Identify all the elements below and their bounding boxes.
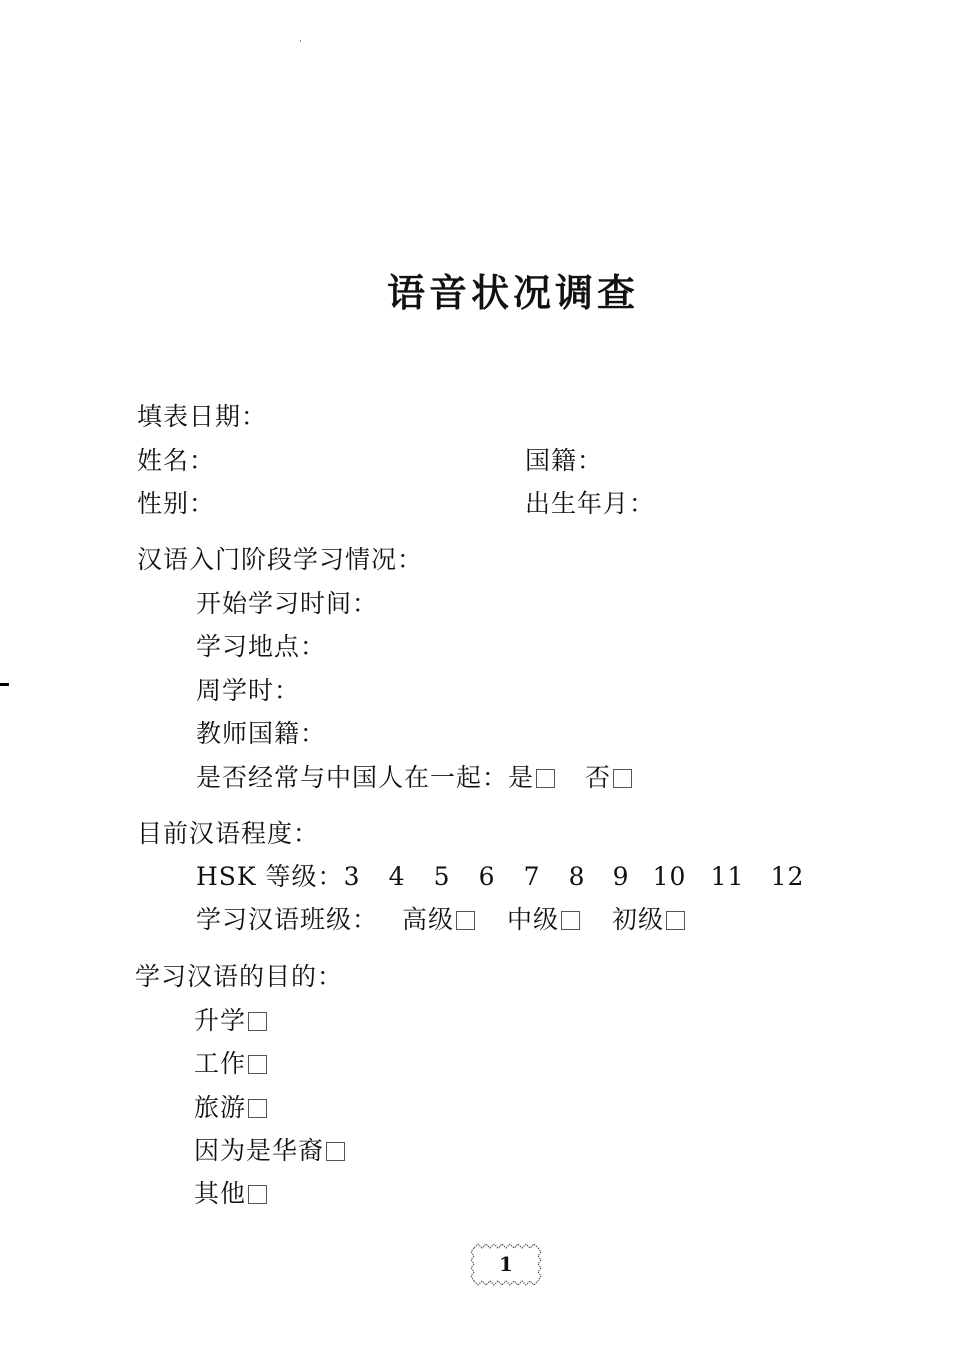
- purpose-option-heritage[interactable]: 因为是华裔: [194, 1136, 345, 1166]
- fill-date-label: 填表日期：: [137, 402, 267, 431]
- checkbox-advanced[interactable]: [456, 911, 475, 930]
- name-label: 姓名：: [137, 446, 215, 475]
- birth-date-field[interactable]: 出生年月：: [525, 489, 655, 519]
- teacher-nationality-label: 教师国籍：: [196, 719, 326, 748]
- purpose-other-label: 其他: [194, 1179, 246, 1208]
- option-intermediate-label: 中级: [507, 905, 559, 934]
- hsk-level-8[interactable]: 8: [569, 862, 613, 892]
- option-beginner-label: 初级: [612, 905, 664, 934]
- purpose-option-other[interactable]: 其他: [194, 1179, 267, 1209]
- scan-edge-mark: [0, 683, 9, 686]
- gender-label: 性别：: [137, 489, 215, 518]
- study-place-field[interactable]: 学习地点：: [196, 632, 326, 662]
- hsk-level-11[interactable]: 11: [711, 862, 771, 892]
- option-yes-label: 是: [508, 763, 534, 792]
- page-title: 语音状况调查: [0, 262, 960, 317]
- hsk-level-10[interactable]: 10: [653, 862, 711, 892]
- start-time-label: 开始学习时间：: [196, 589, 378, 618]
- purpose-work-label: 工作: [194, 1049, 246, 1078]
- option-beginner[interactable]: 初级: [612, 905, 685, 934]
- hsk-level-7[interactable]: 7: [524, 862, 569, 892]
- teacher-nationality-field[interactable]: 教师国籍：: [196, 719, 326, 749]
- option-no-label: 否: [585, 763, 611, 792]
- class-level-row: 学习汉语班级：高级中级初级: [196, 905, 685, 935]
- option-advanced[interactable]: 高级: [402, 905, 475, 934]
- page-number-frame: 1: [470, 1242, 542, 1287]
- current-level-heading: 目前汉语程度：: [137, 819, 319, 849]
- nationality-field[interactable]: 国籍：: [525, 446, 603, 476]
- purpose-heading: 学习汉语的目的：: [135, 962, 343, 992]
- purpose-option-further-study[interactable]: 升学: [194, 1006, 267, 1036]
- study-place-label: 学习地点：: [196, 632, 326, 661]
- purpose-further-study-label: 升学: [194, 1006, 246, 1035]
- hsk-level-4[interactable]: 4: [389, 862, 434, 892]
- purpose-option-travel[interactable]: 旅游: [194, 1093, 267, 1123]
- fill-date-field[interactable]: 填表日期：: [137, 402, 267, 432]
- hsk-level-row: HSK 等级：3456789101112: [196, 862, 804, 892]
- hsk-level-5[interactable]: 5: [434, 862, 479, 892]
- scan-speck: [300, 40, 301, 42]
- option-no[interactable]: 否: [585, 763, 632, 792]
- purpose-heritage-label: 因为是华裔: [194, 1136, 324, 1165]
- checkbox-heritage[interactable]: [326, 1142, 345, 1161]
- option-advanced-label: 高级: [402, 905, 454, 934]
- option-yes[interactable]: 是: [508, 763, 555, 792]
- checkbox-work[interactable]: [248, 1055, 267, 1074]
- purpose-option-work[interactable]: 工作: [194, 1049, 267, 1079]
- checkbox-other[interactable]: [248, 1185, 267, 1204]
- with-chinese-label: 是否经常与中国人在一起：: [196, 763, 508, 792]
- hsk-level-3[interactable]: 3: [344, 862, 389, 892]
- checkbox-travel[interactable]: [248, 1099, 267, 1118]
- with-chinese-question: 是否经常与中国人在一起：是否: [196, 763, 632, 793]
- class-label: 学习汉语班级：: [196, 905, 378, 934]
- hsk-level-9[interactable]: 9: [613, 862, 653, 892]
- name-field[interactable]: 姓名：: [137, 446, 215, 476]
- gender-field[interactable]: 性别：: [137, 489, 215, 519]
- nationality-label: 国籍：: [525, 446, 603, 475]
- checkbox-beginner[interactable]: [666, 911, 685, 930]
- purpose-travel-label: 旅游: [194, 1093, 246, 1122]
- checkbox-no[interactable]: [613, 769, 632, 788]
- hsk-label: HSK 等级：: [196, 862, 344, 891]
- option-intermediate[interactable]: 中级: [507, 905, 580, 934]
- weekly-hours-field[interactable]: 周学时：: [196, 676, 300, 706]
- checkbox-yes[interactable]: [536, 769, 555, 788]
- birth-date-label: 出生年月：: [525, 489, 655, 518]
- page-number: 1: [470, 1242, 542, 1287]
- checkbox-further-study[interactable]: [248, 1012, 267, 1031]
- hsk-level-12[interactable]: 12: [771, 862, 805, 892]
- intro-stage-heading: 汉语入门阶段学习情况：: [137, 545, 423, 575]
- checkbox-intermediate[interactable]: [561, 911, 580, 930]
- weekly-hours-label: 周学时：: [196, 676, 300, 705]
- start-time-field[interactable]: 开始学习时间：: [196, 589, 378, 619]
- hsk-level-6[interactable]: 6: [479, 862, 524, 892]
